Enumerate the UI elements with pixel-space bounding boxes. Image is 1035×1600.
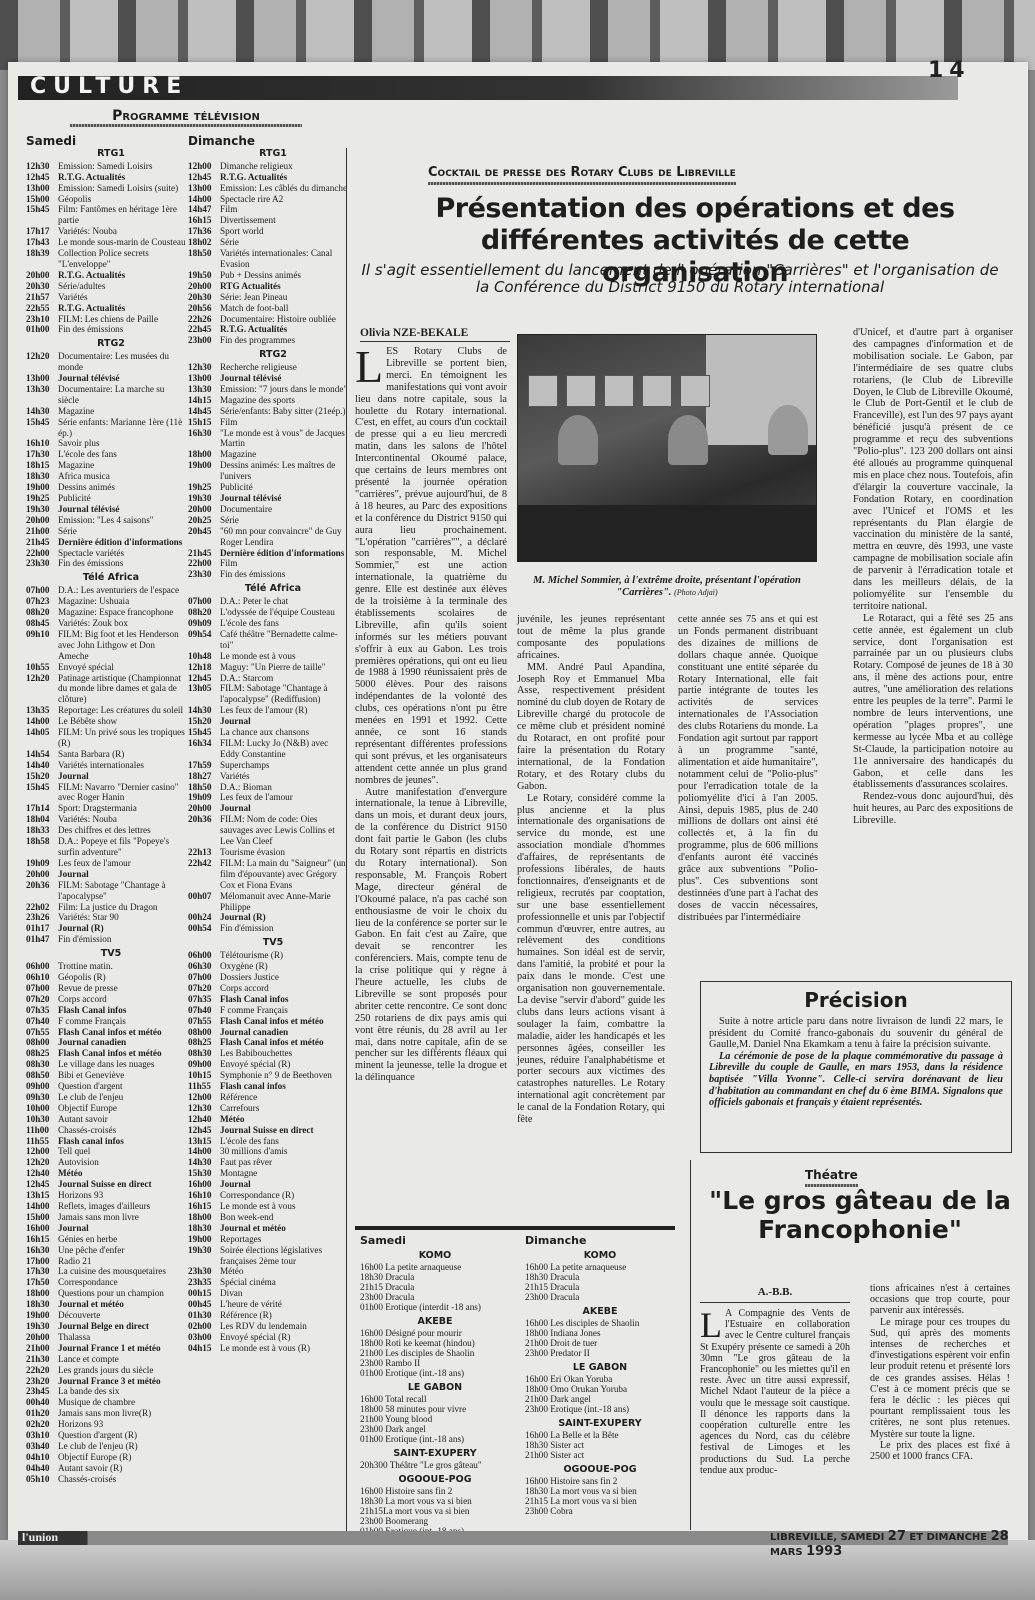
program-row: 12h00 Tell quel bbox=[26, 1146, 186, 1157]
program-time: 18h04 bbox=[26, 814, 58, 825]
program-time: 23h30 bbox=[188, 1266, 220, 1277]
program-title: Santa Barbara (R) bbox=[58, 749, 186, 760]
program-title: Superchamps bbox=[220, 760, 348, 771]
channel-heading: TV5 bbox=[36, 949, 186, 960]
program-title: Documentaire: Les musées du monde bbox=[58, 351, 186, 373]
program-time: 07h20 bbox=[26, 994, 58, 1005]
program-row: 12h20 Autovision bbox=[26, 1157, 186, 1168]
program-title: Série bbox=[220, 515, 348, 526]
program-time: 13h15 bbox=[188, 1136, 220, 1147]
program-row: 16h34 FILM: Lucky Jo (N&B) avec Eddy Con… bbox=[188, 738, 348, 760]
program-row: 14h15 Magazine des sports bbox=[188, 395, 348, 406]
program-row: 19h00 Découverte bbox=[26, 1310, 186, 1321]
precision-paragraph: Suite à notre article paru dans notre li… bbox=[709, 1016, 1003, 1051]
program-title: Journal (R) bbox=[58, 923, 186, 934]
channel-heading: RTG2 bbox=[36, 339, 186, 350]
channel-heading: Télé Africa bbox=[198, 584, 348, 595]
program-title: Chassés-croisés bbox=[58, 1125, 186, 1136]
program-row: 13h15 L'école des fans bbox=[188, 1136, 348, 1147]
article-deck: Il s'agit essentiellement du lancement d… bbox=[360, 262, 1000, 296]
program-time: 19h30 bbox=[26, 504, 58, 515]
program-title: R.T.G. Actualités bbox=[58, 303, 186, 314]
photo-caption: M. Michel Sommier, à l'extrême droite, p… bbox=[517, 575, 817, 599]
program-row: 12h30 Recherche religieuse bbox=[188, 362, 348, 373]
program-row: 00h24 Journal (R) bbox=[188, 912, 348, 923]
program-title: Emission: Samedi Loisirs (suite) bbox=[58, 183, 186, 194]
program-time: 22h26 bbox=[188, 314, 220, 325]
program-row: 07h00 D.A.: Les aventuriers de l'espace bbox=[26, 585, 186, 596]
photo-person bbox=[768, 405, 808, 455]
program-row: 15h45 FILM: Navarro "Dernier casino" ave… bbox=[26, 782, 186, 804]
paragraph: Le Rotaract, qui a fêté ses 25 ans cette… bbox=[853, 613, 1013, 792]
program-time: 09h00 bbox=[26, 1081, 58, 1092]
program-row: 15h30 Montagne bbox=[188, 1168, 348, 1179]
program-row: 12h20 Patinage artistique (Championnat d… bbox=[26, 673, 186, 706]
program-row: 16h15 Le monde est à vous bbox=[188, 1201, 348, 1212]
program-time: 11h00 bbox=[26, 1125, 58, 1136]
photo-pennant bbox=[642, 375, 672, 407]
program-row: 01h17 Journal (R) bbox=[26, 923, 186, 934]
program-row: 20h30 Série/adultes bbox=[26, 281, 186, 292]
program-row: 07h40 F comme Français bbox=[188, 1005, 348, 1016]
program-title: Objectif Europe (R) bbox=[58, 1452, 186, 1463]
program-time: 19h25 bbox=[26, 493, 58, 504]
program-time: 14h47 bbox=[188, 204, 220, 215]
program-title: Horizons 93 bbox=[58, 1419, 186, 1430]
program-time: 03h00 bbox=[188, 1332, 220, 1343]
program-title: Savoir plus bbox=[58, 438, 186, 449]
program-row: 12h45 Journal Suisse en direct bbox=[188, 1125, 348, 1136]
program-row: 19h50 Pub + Dessins animés bbox=[188, 270, 348, 281]
program-title: Le village dans les nuages bbox=[58, 1059, 186, 1070]
program-row: 12h20 Documentaire: Les musées du monde bbox=[26, 351, 186, 373]
program-row: 06h00 Télétourisme (R) bbox=[188, 950, 348, 961]
program-row: 21h00 Journal France 1 et météo bbox=[26, 1343, 186, 1354]
program-time: 23h26 bbox=[26, 912, 58, 923]
program-title: Bon week-end bbox=[220, 1212, 348, 1223]
program-time: 13h05 bbox=[188, 683, 220, 705]
program-title: 30 millions d'amis bbox=[220, 1146, 348, 1157]
program-time: 23h10 bbox=[26, 314, 58, 325]
program-title: Patinage artistique (Championnat du mond… bbox=[58, 673, 186, 706]
program-title: "60 mn pour convaincre" de Guy Roger Len… bbox=[220, 526, 348, 548]
program-title: Le monde est à vous bbox=[220, 1201, 348, 1212]
program-title: Le club de l'enjeu bbox=[58, 1092, 186, 1103]
program-row: 12h30 Emission: Samedi Loisirs bbox=[26, 161, 186, 172]
program-row: 08h25 Flash Canal infos et météo bbox=[26, 1048, 186, 1059]
paragraph: juvénile, les jeunes représentant tout d… bbox=[517, 614, 665, 662]
program-time: 15h45 bbox=[26, 417, 58, 439]
program-time: 20h45 bbox=[188, 526, 220, 548]
program-title: Film bbox=[220, 417, 348, 428]
date-month: MARS bbox=[770, 1547, 803, 1558]
cinema-name: SAINT-EXUPERY bbox=[360, 1449, 510, 1459]
program-time: 19h30 bbox=[26, 1321, 58, 1332]
program-row: 14h30 Faut pas rêver bbox=[188, 1157, 348, 1168]
program-row: 08h20 L'odyssée de l'équipe Cousteau bbox=[188, 607, 348, 618]
program-time: 12h18 bbox=[188, 662, 220, 673]
program-row: 02h20 Horizons 93 bbox=[26, 1419, 186, 1430]
paragraph: Le Rotary, considéré comme la plus ancie… bbox=[517, 793, 665, 1126]
program-row: 09h00 Envoyé spécial (R) bbox=[188, 1059, 348, 1070]
program-time: 14h30 bbox=[188, 1157, 220, 1168]
program-row: 08h00 Journal canadien bbox=[188, 1027, 348, 1038]
program-title: FILM: Un privé sous les tropiques (R) bbox=[58, 727, 186, 749]
program-row: 23h26 Variétés: Star 90 bbox=[26, 912, 186, 923]
program-time: 20h25 bbox=[188, 515, 220, 526]
photo-pennant bbox=[604, 375, 634, 407]
photo-credit: (Photo Adjaï) bbox=[674, 588, 718, 597]
showing: 23h00 Dark angel bbox=[360, 1424, 510, 1434]
showing: 21h15 La mort vous va si bien bbox=[525, 1496, 675, 1506]
program-title: Jamais sans mon livre bbox=[58, 1212, 186, 1223]
program-row: 14h05 FILM: Un privé sous les tropiques … bbox=[26, 727, 186, 749]
program-title: FILM: Les chiens de Paille bbox=[58, 314, 186, 325]
program-row: 09h54 Café théâtre "Bernadette calme-toi… bbox=[188, 629, 348, 651]
channel-heading: RTG1 bbox=[36, 149, 186, 160]
program-time: 13h15 bbox=[26, 1190, 58, 1201]
program-row: 19h30 Journal télévisé bbox=[188, 493, 348, 504]
heading-rule bbox=[70, 124, 302, 127]
program-title: Thalassa bbox=[58, 1332, 186, 1343]
program-time: 14h30 bbox=[188, 705, 220, 716]
program-row: 11h55 Flash canal infos bbox=[188, 1081, 348, 1092]
program-time: 10h48 bbox=[188, 651, 220, 662]
program-row: 15h20 Journal bbox=[26, 771, 186, 782]
program-time: 15h00 bbox=[26, 1212, 58, 1223]
program-row: 04h15 Le monde est à vous (R) bbox=[188, 1343, 348, 1354]
program-time: 19h30 bbox=[188, 1245, 220, 1267]
program-title: L'odyssée de l'équipe Cousteau bbox=[220, 607, 348, 618]
program-title: Emission: "Les 4 saisons" bbox=[58, 515, 186, 526]
photo-pennant bbox=[528, 375, 558, 407]
program-row: 23h30 Météo bbox=[188, 1266, 348, 1277]
program-row: 13h00 Emission: Samedi Loisirs (suite) bbox=[26, 183, 186, 194]
program-row: 20h36 FILM: Nom de code: Oies sauvages a… bbox=[188, 814, 348, 847]
program-time: 21h45 bbox=[26, 537, 58, 548]
program-row: 03h00 Envoyé spécial (R) bbox=[188, 1332, 348, 1343]
program-title: Génies en herbe bbox=[58, 1234, 186, 1245]
cinema-name: KOMO bbox=[360, 1251, 510, 1261]
program-title: Journal France 3 et météo bbox=[58, 1376, 186, 1387]
program-time: 20h00 bbox=[26, 515, 58, 526]
program-time: 07h35 bbox=[26, 1005, 58, 1016]
program-time: 16h15 bbox=[26, 1234, 58, 1245]
program-row: 15h20 Journal bbox=[188, 716, 348, 727]
program-title: Journal et météo bbox=[220, 1223, 348, 1234]
program-time: 08h00 bbox=[26, 1037, 58, 1048]
program-row: 13h00 Journal télévisé bbox=[26, 373, 186, 384]
program-time: 19h00 bbox=[26, 1310, 58, 1321]
program-time: 07h35 bbox=[188, 994, 220, 1005]
program-row: 20h00 Journal bbox=[188, 803, 348, 814]
program-title: D.A.: Les aventuriers de l'espace bbox=[58, 585, 186, 596]
background-top bbox=[0, 0, 1035, 70]
program-row: 00h45 L'heure de vérité bbox=[188, 1299, 348, 1310]
program-title: Reportage: Les créatures du soleil bbox=[58, 705, 186, 716]
program-row: 13h00 Journal télévisé bbox=[188, 373, 348, 384]
program-title: Envoyé spécial bbox=[58, 662, 186, 673]
program-title: Spécial cinéma bbox=[220, 1277, 348, 1288]
theatre-column-1: L A Compagnie des Vents de l'Estuaire en… bbox=[700, 1308, 850, 1476]
program-title: Revue de presse bbox=[58, 983, 186, 994]
program-time: 00h45 bbox=[188, 1299, 220, 1310]
program-title: Documentaire: La marche su siècle bbox=[58, 384, 186, 406]
program-row: 23h00 Fin des programmes bbox=[188, 335, 348, 346]
program-time: 07h00 bbox=[188, 596, 220, 607]
program-time: 02h00 bbox=[188, 1321, 220, 1332]
program-time: 12h20 bbox=[26, 673, 58, 706]
program-time: 14h45 bbox=[188, 406, 220, 417]
program-time: 18h33 bbox=[26, 825, 58, 836]
program-title: Pub + Dessins animés bbox=[220, 270, 348, 281]
program-time: 08h30 bbox=[188, 1048, 220, 1059]
program-time: 20h00 bbox=[26, 270, 58, 281]
program-time: 13h30 bbox=[188, 384, 220, 395]
program-title: Film: Fantômes en héritage 1ère partie bbox=[58, 204, 186, 226]
program-time: 07h00 bbox=[26, 983, 58, 994]
program-time: 14h30 bbox=[26, 406, 58, 417]
program-time: 20h30 bbox=[26, 281, 58, 292]
program-title: Film bbox=[220, 204, 348, 215]
program-time: 01h17 bbox=[26, 923, 58, 934]
program-row: 12h40 Météo bbox=[26, 1168, 186, 1179]
program-row: 00h15 Divan bbox=[188, 1288, 348, 1299]
program-title: Radio 21 bbox=[58, 1256, 186, 1267]
program-row: 23h30 Fin des émissions bbox=[26, 558, 186, 569]
day-heading: Samedi bbox=[360, 1236, 510, 1246]
theatre-column-2: tions africaines n'est à certaines occas… bbox=[870, 1283, 1010, 1462]
program-time: 08h25 bbox=[26, 1048, 58, 1059]
showing: 16h00 Eri Okan Yoruba bbox=[525, 1374, 675, 1384]
program-row: 10h55 Envoyé spécial bbox=[26, 662, 186, 673]
program-time: 12h00 bbox=[26, 1146, 58, 1157]
program-title: Horizons 93 bbox=[58, 1190, 186, 1201]
program-time: 06h00 bbox=[188, 950, 220, 961]
program-row: 04h40 Autant savoir (R) bbox=[26, 1463, 186, 1474]
program-title: Série bbox=[220, 237, 348, 248]
program-title: Journal Suisse en direct bbox=[220, 1125, 348, 1136]
program-title: Tourisme évasion bbox=[220, 847, 348, 858]
program-time: 13h00 bbox=[188, 373, 220, 384]
program-time: 20h00 bbox=[26, 869, 58, 880]
program-time: 04h10 bbox=[26, 1452, 58, 1463]
program-time: 09h30 bbox=[26, 1092, 58, 1103]
program-title: Géopolis (R) bbox=[58, 972, 186, 983]
program-row: 14h00 30 millions d'amis bbox=[188, 1146, 348, 1157]
program-title: Fin des émissions bbox=[58, 324, 186, 335]
program-title: Autant savoir bbox=[58, 1114, 186, 1125]
program-row: 04h10 Objectif Europe (R) bbox=[26, 1452, 186, 1463]
program-row: 20h25 Série bbox=[188, 515, 348, 526]
showing: 16h00 Total recall bbox=[360, 1394, 510, 1404]
program-row: 19h30 Journal télévisé bbox=[26, 504, 186, 515]
program-row: 16h30 "Le monde est à vous" de Jacques M… bbox=[188, 428, 348, 450]
program-title: Journal télévisé bbox=[220, 493, 348, 504]
program-title: Bibi et Geneviève bbox=[58, 1070, 186, 1081]
date-mid: ET DIMANCHE bbox=[909, 1532, 987, 1543]
program-time: 15h20 bbox=[188, 716, 220, 727]
program-title: Une pêche d'enfer bbox=[58, 1245, 186, 1256]
program-row: 07h00 Dossiers Justice bbox=[188, 972, 348, 983]
theatre-kicker-text: Théatre bbox=[805, 1168, 858, 1182]
program-time: 07h00 bbox=[188, 972, 220, 983]
program-title: Magazine bbox=[58, 460, 186, 471]
program-time: 10h30 bbox=[26, 1114, 58, 1125]
showing: 16h00 La petite arnaqueuse bbox=[360, 1262, 510, 1272]
program-time: 20h36 bbox=[188, 814, 220, 847]
program-title: Variétés: Nouba bbox=[58, 814, 186, 825]
program-title: Météo bbox=[220, 1266, 348, 1277]
program-row: 15h45 La chance aux chansons bbox=[188, 727, 348, 738]
program-time: 18h00 bbox=[188, 449, 220, 460]
program-title: Fin des émissions bbox=[58, 558, 186, 569]
program-time: 01h20 bbox=[26, 1408, 58, 1419]
tv-column-dimanche: DimancheRTG1 12h00 Dimanche religieux 12… bbox=[188, 136, 348, 1354]
program-row: 20h56 Match de foot-ball bbox=[188, 303, 348, 314]
article-photo bbox=[517, 334, 817, 562]
program-title: Film bbox=[220, 558, 348, 569]
date-day1: 27 bbox=[888, 1529, 906, 1544]
day-heading: Dimanche bbox=[525, 1236, 675, 1246]
program-row: 16h10 Correspondance (R) bbox=[188, 1190, 348, 1201]
program-title: "Le monde est à vous" de Jacques Martin bbox=[220, 428, 348, 450]
program-title: R.T.G. Actualités bbox=[220, 324, 348, 335]
showing: 01h00 Erotique (int.-18 ans) bbox=[360, 1368, 510, 1378]
showing: 16h00 Histoire sans fin 2 bbox=[360, 1486, 510, 1496]
program-time: 18h00 bbox=[188, 1212, 220, 1223]
program-title: Correspondance bbox=[58, 1277, 186, 1288]
program-row: 18h00 Bon week-end bbox=[188, 1212, 348, 1223]
article-column-3: cette année ses 75 ans et qui est un Fon… bbox=[678, 614, 818, 924]
tv-column-samedi: SamediRTG1 12h30 Emission: Samedi Loisir… bbox=[26, 136, 186, 1485]
program-title: Les feux de l'amour bbox=[220, 792, 348, 803]
program-row: 17h30 L'école des fans bbox=[26, 449, 186, 460]
program-title: L'heure de vérité bbox=[220, 1299, 348, 1310]
program-time: 14h40 bbox=[26, 760, 58, 771]
program-row: 20h00 Journal bbox=[26, 869, 186, 880]
program-time: 22h00 bbox=[26, 548, 58, 559]
program-time: 19h00 bbox=[188, 460, 220, 482]
program-time: 10h00 bbox=[26, 1103, 58, 1114]
program-time: 12h30 bbox=[188, 1103, 220, 1114]
program-time: 20h30 bbox=[188, 292, 220, 303]
program-title: Dernière édition d'informations bbox=[58, 537, 186, 548]
program-row: 07h20 Corps accord bbox=[26, 994, 186, 1005]
date-day2: 28 bbox=[991, 1529, 1009, 1544]
program-title: Les RDV du lendemain bbox=[220, 1321, 348, 1332]
program-row: 12h30 Carrefours bbox=[188, 1103, 348, 1114]
program-time: 04h40 bbox=[26, 1463, 58, 1474]
program-time: 08h20 bbox=[26, 607, 58, 618]
paragraph: Rendez-vous donc aujourd'hui, dès huit h… bbox=[853, 791, 1013, 827]
showing: 18h30 Dracula bbox=[360, 1272, 510, 1282]
program-time: 16h15 bbox=[188, 1201, 220, 1212]
program-time: 21h45 bbox=[188, 548, 220, 559]
program-title: Le club de l'enjeu (R) bbox=[58, 1441, 186, 1452]
showing: 23h00 Erotique (int.-18 ans) bbox=[525, 1404, 675, 1414]
program-row: 08h25 Flash Canal infos et météo bbox=[188, 1037, 348, 1048]
showing: 16h00 Désigné pour mourir bbox=[360, 1328, 510, 1338]
program-title: Match de foot-ball bbox=[220, 303, 348, 314]
program-row: 03h10 Question d'argent (R) bbox=[26, 1430, 186, 1441]
program-title: Symphonie n° 9 de Beethoven bbox=[220, 1070, 348, 1081]
program-row: 19h00 Dessins animés: Les maîtres de l'u… bbox=[188, 460, 348, 482]
program-row: 12h18 Maguy: "Un Pierre de taille" bbox=[188, 662, 348, 673]
channel-heading: Télé Africa bbox=[36, 573, 186, 584]
program-title: Le monde sous-marin de Cousteau bbox=[58, 237, 186, 248]
program-row: 09h10 FILM: Big foot et les Henderson av… bbox=[26, 629, 186, 662]
program-row: 16h15 Divertissement bbox=[188, 215, 348, 226]
paragraph: MM. André Paul Apandina, Joseph Roy et E… bbox=[517, 662, 665, 793]
program-title: Documentaire bbox=[220, 504, 348, 515]
program-title: Le Bébête show bbox=[58, 716, 186, 727]
program-row: 00h54 Fin d'émission bbox=[188, 923, 348, 934]
program-title: La cuisine des mousquetaires bbox=[58, 1266, 186, 1277]
showing: 23h00 Cobra bbox=[525, 1506, 675, 1516]
drop-cap: L bbox=[700, 1310, 722, 1340]
program-row: 08h50 Bibi et Geneviève bbox=[26, 1070, 186, 1081]
program-row: 02h00 Les RDV du lendemain bbox=[188, 1321, 348, 1332]
program-time: 15h45 bbox=[188, 727, 220, 738]
program-row: 21h57 Variétés bbox=[26, 292, 186, 303]
program-row: 07h35 Flash Canal infos bbox=[188, 994, 348, 1005]
cinema-name: OGOOUE-POG bbox=[525, 1465, 675, 1475]
program-time: 20h00 bbox=[26, 1332, 58, 1343]
program-time: 12h45 bbox=[188, 673, 220, 684]
program-title: Magazine: Ushuaia bbox=[58, 596, 186, 607]
program-row: 21h45 Dernière édition d'informations bbox=[188, 548, 348, 559]
column-divider bbox=[690, 1160, 691, 1530]
photo-person bbox=[668, 415, 708, 465]
cinema-name: AKEBE bbox=[360, 1317, 510, 1327]
program-title: Journal canadien bbox=[220, 1027, 348, 1038]
program-row: 18h30 Journal et météo bbox=[188, 1223, 348, 1234]
program-title: Divertissement bbox=[220, 215, 348, 226]
day-heading: Dimanche bbox=[188, 136, 348, 147]
program-title: Flash Canal infos bbox=[220, 994, 348, 1005]
program-time: 12h30 bbox=[26, 161, 58, 172]
program-title: Journal canadien bbox=[58, 1037, 186, 1048]
program-time: 14h00 bbox=[26, 1201, 58, 1212]
program-time: 16h34 bbox=[188, 738, 220, 760]
program-row: 19h09 Les feux de l'amour bbox=[188, 792, 348, 803]
program-title: Publicité bbox=[58, 493, 186, 504]
program-row: 19h25 Publicité bbox=[188, 482, 348, 493]
footer-date: LIBREVILLE, SAMEDI 27 ET DIMANCHE 28 MAR… bbox=[770, 1529, 1035, 1559]
program-row: 17h50 Correspondance bbox=[26, 1277, 186, 1288]
showing: 18h00 Indiana Jones bbox=[525, 1328, 675, 1338]
program-row: 15h00 Géopolis bbox=[26, 194, 186, 205]
section-title: CULTURE bbox=[30, 74, 188, 99]
drop-cap: L bbox=[355, 348, 383, 386]
program-title: Série/adultes bbox=[58, 281, 186, 292]
program-time: 07h55 bbox=[188, 1016, 220, 1027]
program-title: Référence (R) bbox=[220, 1310, 348, 1321]
program-title: Des chiffres et des lettres bbox=[58, 825, 186, 836]
program-row: 13h35 Reportage: Les créatures du soleil bbox=[26, 705, 186, 716]
program-title: Question d'argent bbox=[58, 1081, 186, 1092]
program-time: 22h45 bbox=[188, 324, 220, 335]
program-row: 14h00 Le Bébête show bbox=[26, 716, 186, 727]
program-time: 09h09 bbox=[188, 618, 220, 629]
theatre-kicker: Théatre bbox=[805, 1168, 858, 1187]
program-title: Emission: "7 jours dans le monde" bbox=[220, 384, 348, 395]
program-row: 06h10 Géopolis (R) bbox=[26, 972, 186, 983]
showing: 21h00 Droit de tuer bbox=[525, 1338, 675, 1348]
program-row: 23h45 La bande des six bbox=[26, 1386, 186, 1397]
program-title: Soirée élections législatives françaises… bbox=[220, 1245, 348, 1267]
